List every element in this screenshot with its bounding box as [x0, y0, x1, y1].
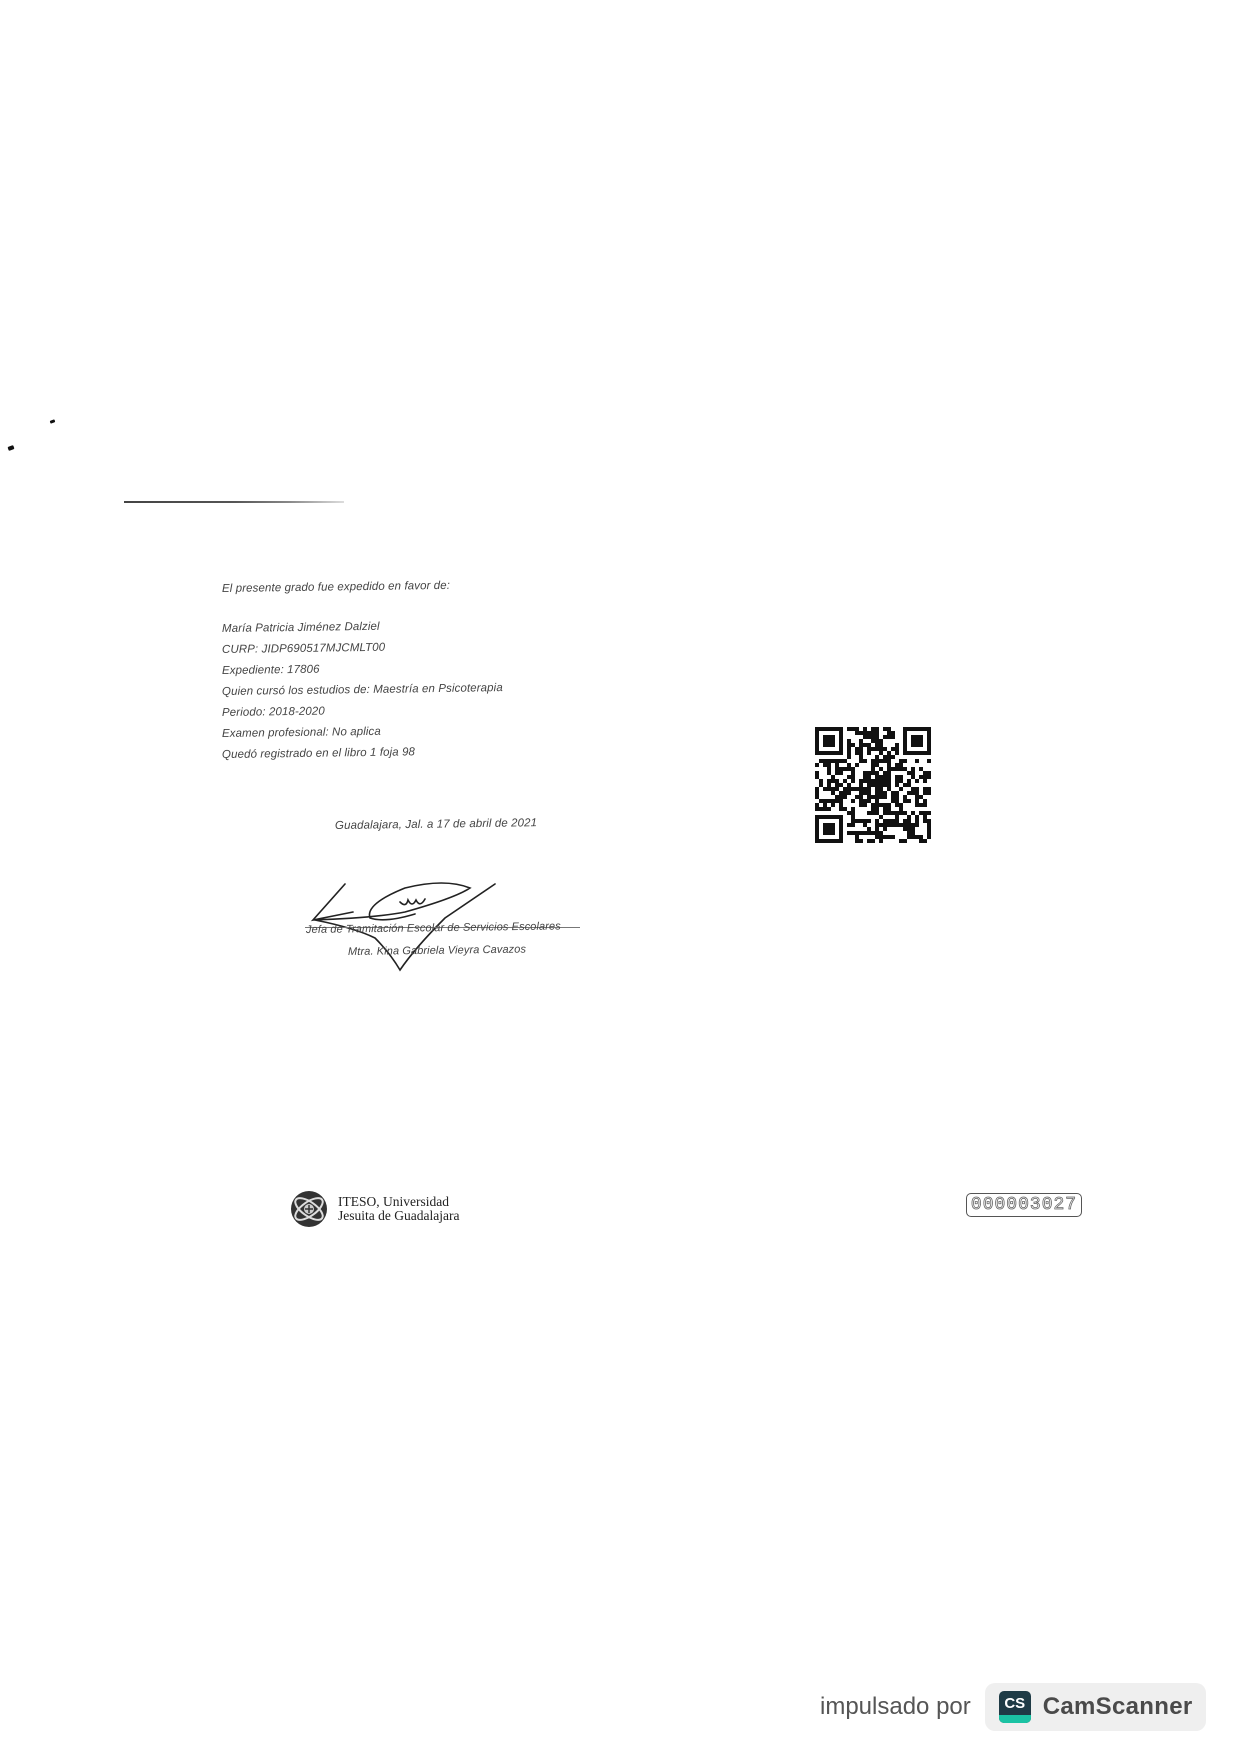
scan-speck: [7, 445, 14, 451]
intro-text: El presente grado fue expedido en favor …: [222, 580, 450, 595]
curp: CURP: JIDP690517MJCMLT00: [222, 642, 385, 656]
signatory-name: Mtra. Kina Gabriela Vieyra Cavazos: [348, 944, 526, 958]
period: Periodo: 2018-2020: [222, 706, 325, 719]
camscanner-watermark: impulsado por CS CamScanner: [820, 1683, 1206, 1731]
institution-logo: ITESO, Universidad Jesuita de Guadalajar…: [290, 1190, 459, 1228]
place-date: Guadalajara, Jal. a 17 de abril de 2021: [335, 817, 537, 832]
camscanner-icon: CS: [999, 1691, 1031, 1723]
institution-line2: Jesuita de Guadalajara: [338, 1209, 459, 1223]
holder-name: María Patricia Jiménez Dalziel: [222, 621, 380, 635]
iteso-logo-icon: [290, 1190, 328, 1228]
program: Quien cursó los estudios de: Maestría en…: [222, 682, 503, 698]
scan-speck: [50, 419, 56, 424]
folio-number: 000003027: [966, 1193, 1082, 1217]
camscanner-badge[interactable]: CS CamScanner: [985, 1683, 1207, 1731]
camscanner-name: CamScanner: [1043, 1693, 1193, 1721]
registry: Quedó registrado en el libro 1 foja 98: [222, 746, 415, 761]
file-number: Expediente: 17806: [222, 664, 320, 677]
signatory-title: Jefa de Tramitación Escolar de Servicios…: [306, 920, 561, 936]
powered-by-label: impulsado por: [820, 1693, 971, 1721]
top-rule: [124, 501, 344, 503]
institution-line1: ITESO, Universidad: [338, 1195, 459, 1209]
qr-code-icon: [815, 727, 931, 843]
exam: Examen profesional: No aplica: [222, 726, 381, 740]
